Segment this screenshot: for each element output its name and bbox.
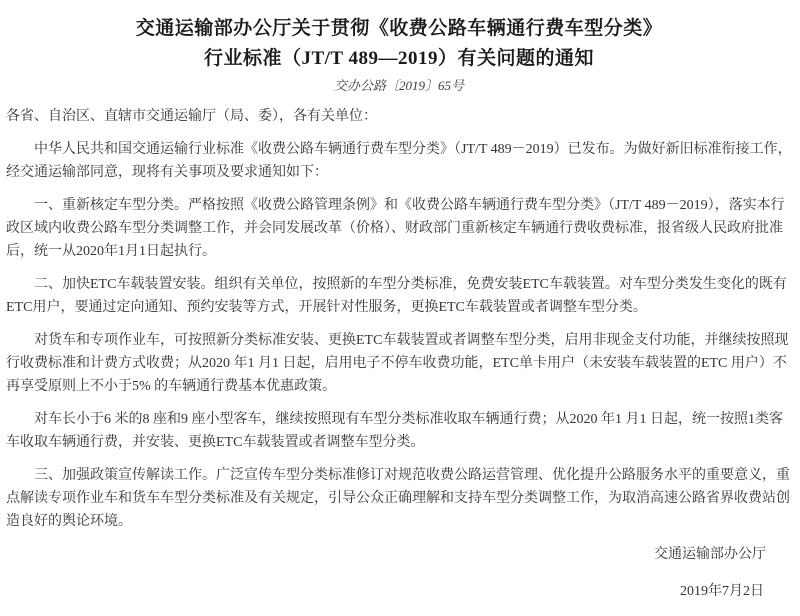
document-body: 各省、自治区、直辖市交通运输厅（局、委），各有关单位： 中华人民共和国交通运输行… (6, 105, 792, 603)
document-title: 交通运输部办公厅关于贯彻《收费公路车辆通行费车型分类》 行业标准（JT/T 48… (6, 14, 792, 74)
paragraph-small-passenger-cars: 对车长小于6 米的8 座和9 座小型客车，继续按照现有车型分类标准收取车辆通行费… (6, 408, 792, 454)
salutation-line: 各省、自治区、直辖市交通运输厅（局、委），各有关单位： (6, 105, 792, 128)
document-title-line-1: 交通运输部办公厅关于贯彻《收费公路车辆通行费车型分类》 (6, 14, 792, 44)
paragraph-trucks-special-vehicles: 对货车和专项作业车，可按照新分类标准安装、更换ETC车载装置或者调整车型分类，启… (6, 329, 792, 398)
notice-document-page: 交通运输部办公厅关于贯彻《收费公路车辆通行费车型分类》 行业标准（JT/T 48… (0, 0, 800, 616)
document-title-line-2: 行业标准（JT/T 489—2019）有关问题的通知 (6, 44, 792, 74)
paragraph-item-1-vehicle-classification: 一、重新核定车型分类。严格按照《收费公路管理条例》和《收费公路车辆通行费车型分类… (6, 194, 792, 263)
document-number: 交办公路〔2019〕65号 (6, 76, 792, 96)
signature-date: 2019年7月2日 (6, 580, 792, 603)
paragraph-item-3-policy-publicity: 三、加强政策宣传解读工作。广泛宣传车型分类标准修订对规范收费公路运营管理、优化提… (6, 464, 792, 533)
paragraph-item-2-etc-installation: 二、加快ETC车载装置安装。组织有关单位，按照新的车型分类标准，免费安装ETC车… (6, 273, 792, 319)
signature-issuer: 交通运输部办公厅 (6, 543, 792, 566)
paragraph-intro: 中华人民共和国交通运输行业标准《收费公路车辆通行费车型分类》（JT/T 489－… (6, 138, 792, 184)
